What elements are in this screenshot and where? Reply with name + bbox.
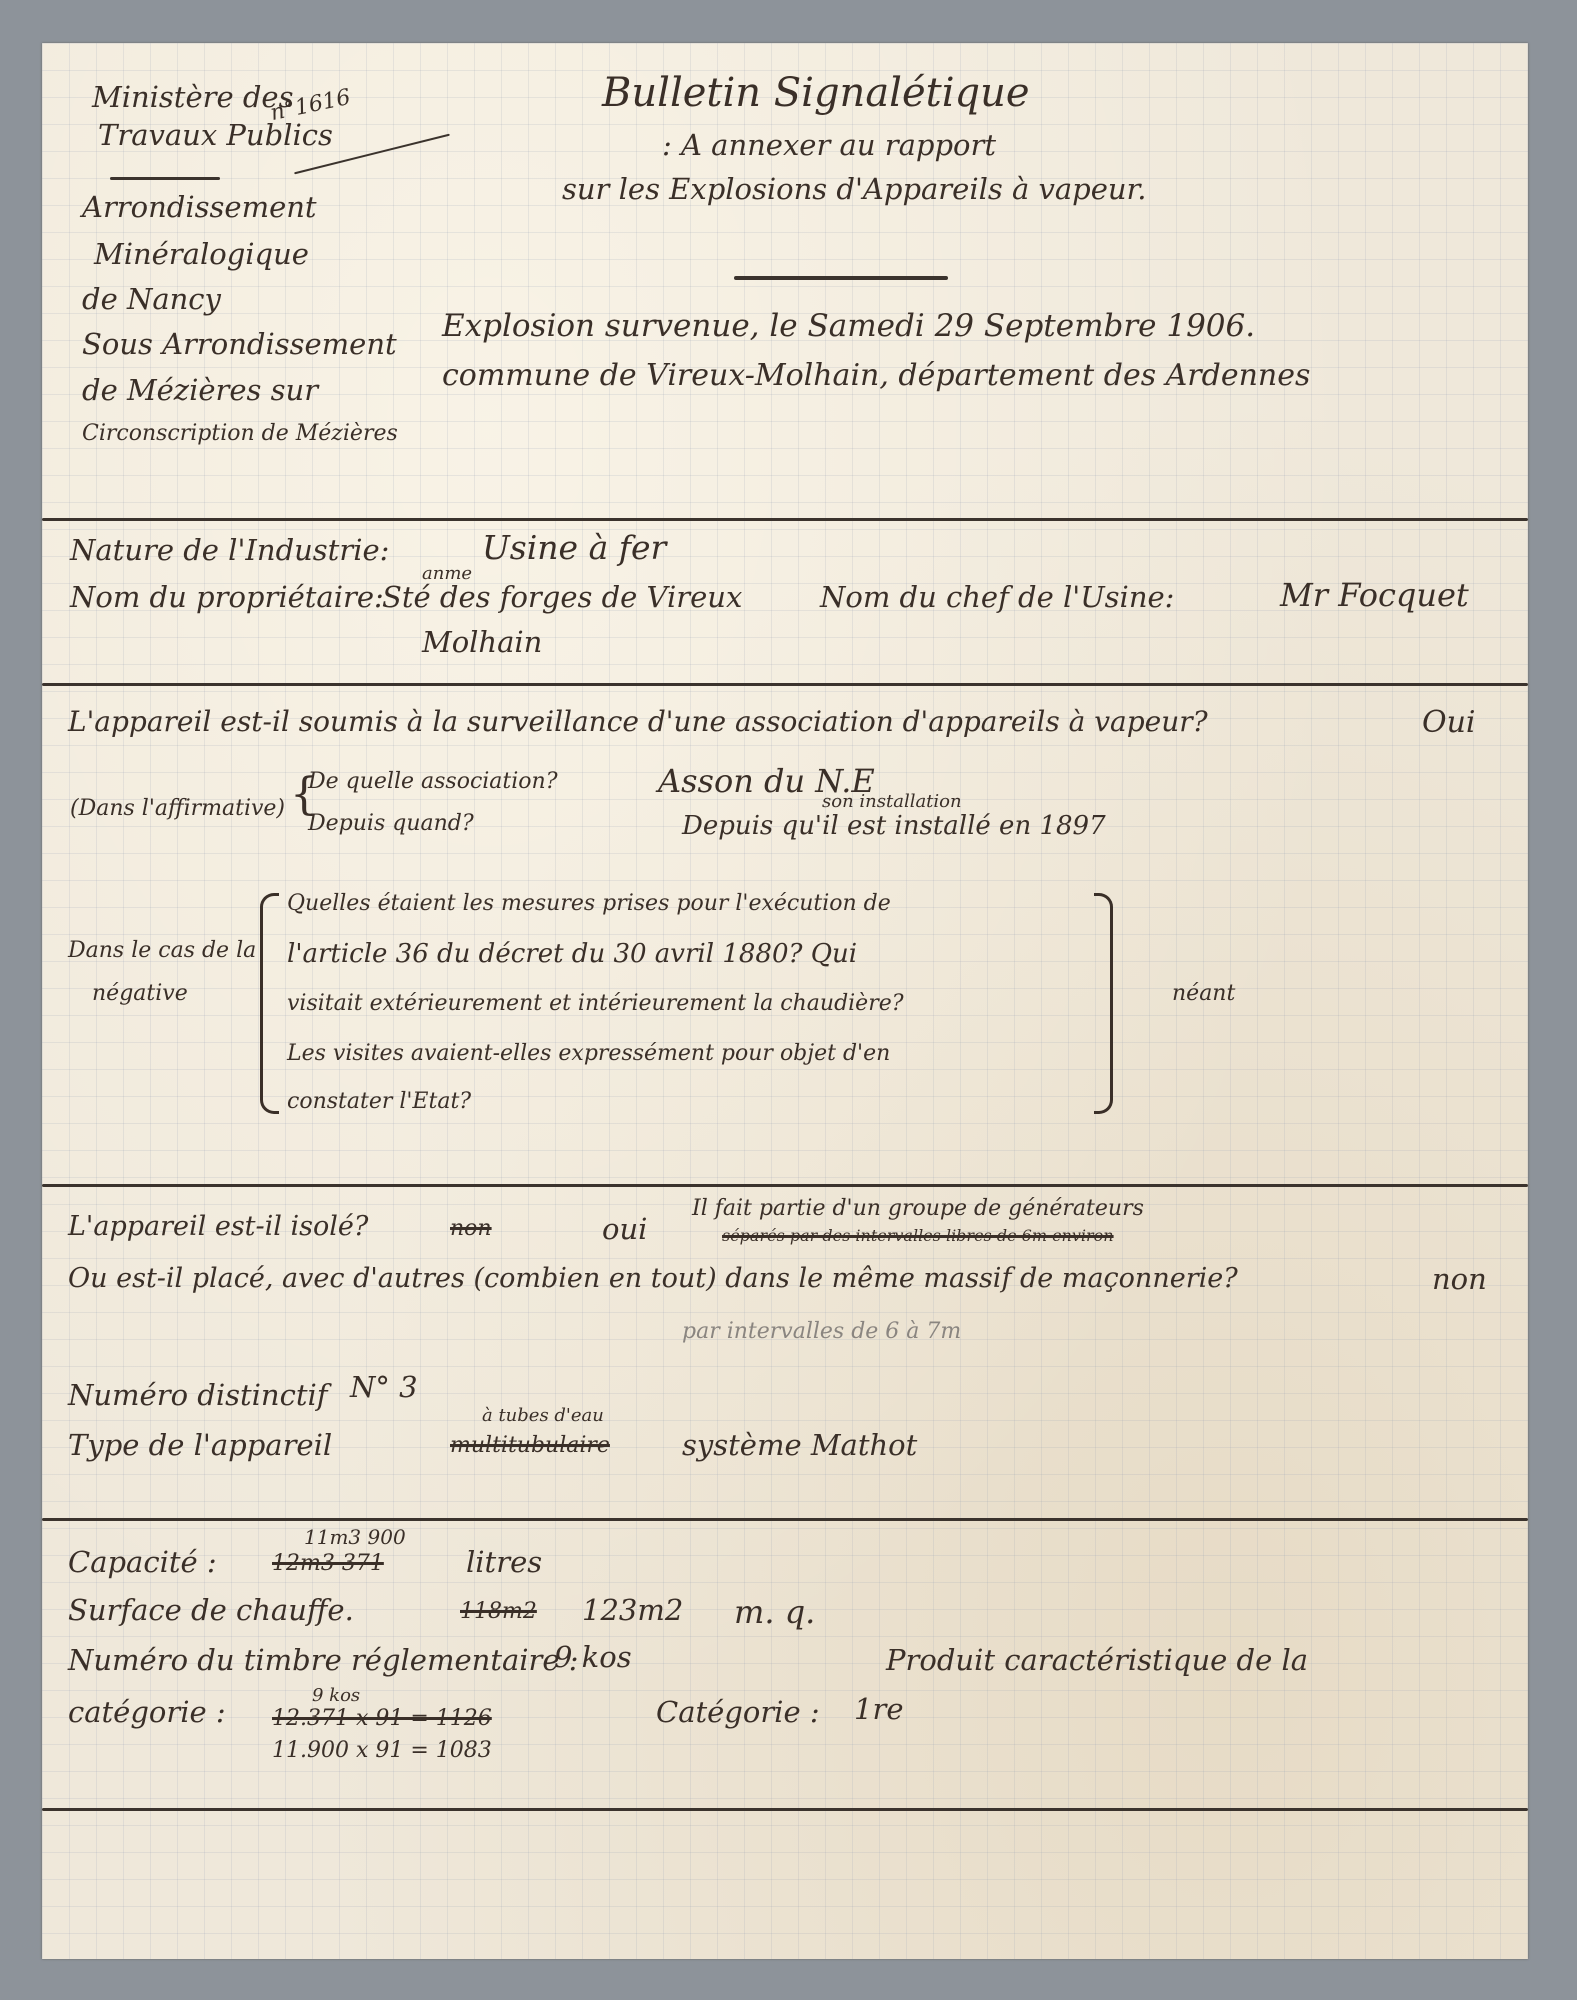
- category-struck: 12.371 x 91 = 1126: [272, 1708, 492, 1730]
- section-divider-3: [42, 1184, 1528, 1187]
- type-sup: à tubes d'eau: [482, 1405, 604, 1426]
- isolated-note-2: séparés par des intervalles libres de 6m…: [722, 1228, 1114, 1244]
- sous-arrondissement-label: Sous Arrondissement: [82, 330, 397, 359]
- surface-value: 123m2: [582, 1596, 683, 1625]
- placed-label: Ou est-il placé, avec d'autres (combien …: [68, 1265, 1238, 1292]
- category-label: catégorie :: [68, 1698, 226, 1727]
- mineralogique-label: Minéralogique: [94, 240, 309, 269]
- title-line2: : A annexer au rapport: [662, 131, 996, 160]
- stamp-label: Numéro du timbre réglementaire :: [68, 1646, 579, 1675]
- document-page: Ministère des Travaux Publics n°1616 Arr…: [42, 43, 1528, 1959]
- surveillance-answer: Oui: [1422, 708, 1476, 738]
- negative-brace-left: [260, 893, 279, 1114]
- negative-line-2: l'article 36 du décret du 30 avril 1880?…: [287, 941, 857, 967]
- since-label: Depuis quand?: [308, 813, 474, 835]
- since-value: Depuis qu'il est installé en 1897: [682, 813, 1106, 839]
- affirmative-label: (Dans l'affirmative): [70, 798, 285, 820]
- nature-label: Nature de l'Industrie:: [70, 536, 389, 565]
- type-struck: multitubulaire: [450, 1435, 610, 1457]
- category2-value: 1re: [854, 1695, 903, 1724]
- mezieres-label: de Mézières sur: [82, 376, 318, 405]
- section-divider-4: [42, 1518, 1528, 1521]
- category-sup: 9 kos: [312, 1685, 360, 1706]
- pencil-note: par intervalles de 6 à 7m: [682, 1321, 961, 1343]
- since-sup: son installation: [822, 791, 962, 812]
- owner-value: Sté des forges de Vireux: [382, 583, 742, 612]
- number-label: Numéro distinctif: [68, 1381, 328, 1410]
- number-value: N° 3: [350, 1373, 418, 1402]
- which-association-label: De quelle association?: [308, 771, 558, 793]
- isolated-struck: non: [450, 1218, 492, 1240]
- ministry-line2: Travaux Publics: [98, 121, 333, 150]
- ministry-line1: Ministère des: [92, 83, 293, 112]
- negative-line-5: constater l'Etat?: [287, 1091, 471, 1113]
- stamp-value: 9 kos: [554, 1643, 632, 1672]
- capacity-sup: 11m3 900: [304, 1525, 406, 1549]
- bulletin-title: Bulletin Signalétique: [602, 73, 1030, 113]
- surface-unit: m. q.: [734, 1596, 815, 1628]
- nancy-label: de Nancy: [82, 285, 221, 314]
- capacity-label: Capacité :: [68, 1548, 217, 1577]
- type-value: système Mathot: [682, 1431, 917, 1460]
- type-label: Type de l'appareil: [68, 1431, 332, 1460]
- explosion-date: Explosion survenue, le Samedi 29 Septemb…: [442, 311, 1255, 342]
- arrondissement-label: Arrondissement: [82, 193, 317, 222]
- negative-line-1: Quelles étaient les mesures prises pour …: [287, 893, 891, 915]
- section-divider-5: [42, 1808, 1528, 1811]
- nature-value: Usine à fer: [482, 531, 666, 564]
- chief-value: Mr Focquet: [1280, 579, 1469, 611]
- owner-value-line2: Molhain: [422, 628, 542, 657]
- surface-label: Surface de chauffe.: [68, 1596, 354, 1625]
- surface-struck: 118m2: [460, 1601, 537, 1623]
- negative-label-2: négative: [92, 983, 188, 1005]
- negative-line-3: visitait extérieurement et intérieuremen…: [287, 993, 904, 1015]
- product-label: Produit caractéristique de la: [886, 1646, 1308, 1675]
- capacity-unit: litres: [466, 1548, 542, 1577]
- owner-label: Nom du propriétaire:: [70, 583, 384, 612]
- surveillance-question: L'appareil est-il soumis à la surveillan…: [68, 708, 1208, 736]
- section-divider-1: [42, 518, 1528, 521]
- category-calc: 11.900 x 91 = 1083: [272, 1740, 492, 1762]
- capacity-struck: 12m3 371: [272, 1553, 384, 1575]
- header-divider: [110, 177, 220, 180]
- explosion-location: commune de Vireux-Molhain, département d…: [442, 361, 1310, 391]
- category2-label: Catégorie :: [656, 1698, 820, 1727]
- isolated-label: L'appareil est-il isolé?: [68, 1213, 368, 1240]
- chief-label: Nom du chef de l'Usine:: [820, 583, 1174, 612]
- placed-value: non: [1432, 1265, 1487, 1294]
- title-divider: [734, 276, 948, 280]
- negative-brace-right: [1094, 893, 1113, 1114]
- title-line3: sur les Explosions d'Appareils à vapeur.: [562, 175, 1146, 204]
- section-divider-2: [42, 683, 1528, 686]
- negative-line-4: Les visites avaient-elles expressément p…: [287, 1043, 890, 1065]
- circonscription-label: Circonscription de Mézières: [82, 423, 398, 445]
- isolated-value: oui: [602, 1215, 647, 1244]
- negative-answer: néant: [1172, 983, 1235, 1005]
- negative-label-1: Dans le cas de la: [68, 940, 256, 962]
- isolated-note-1: Il fait partie d'un groupe de générateur…: [692, 1198, 1144, 1220]
